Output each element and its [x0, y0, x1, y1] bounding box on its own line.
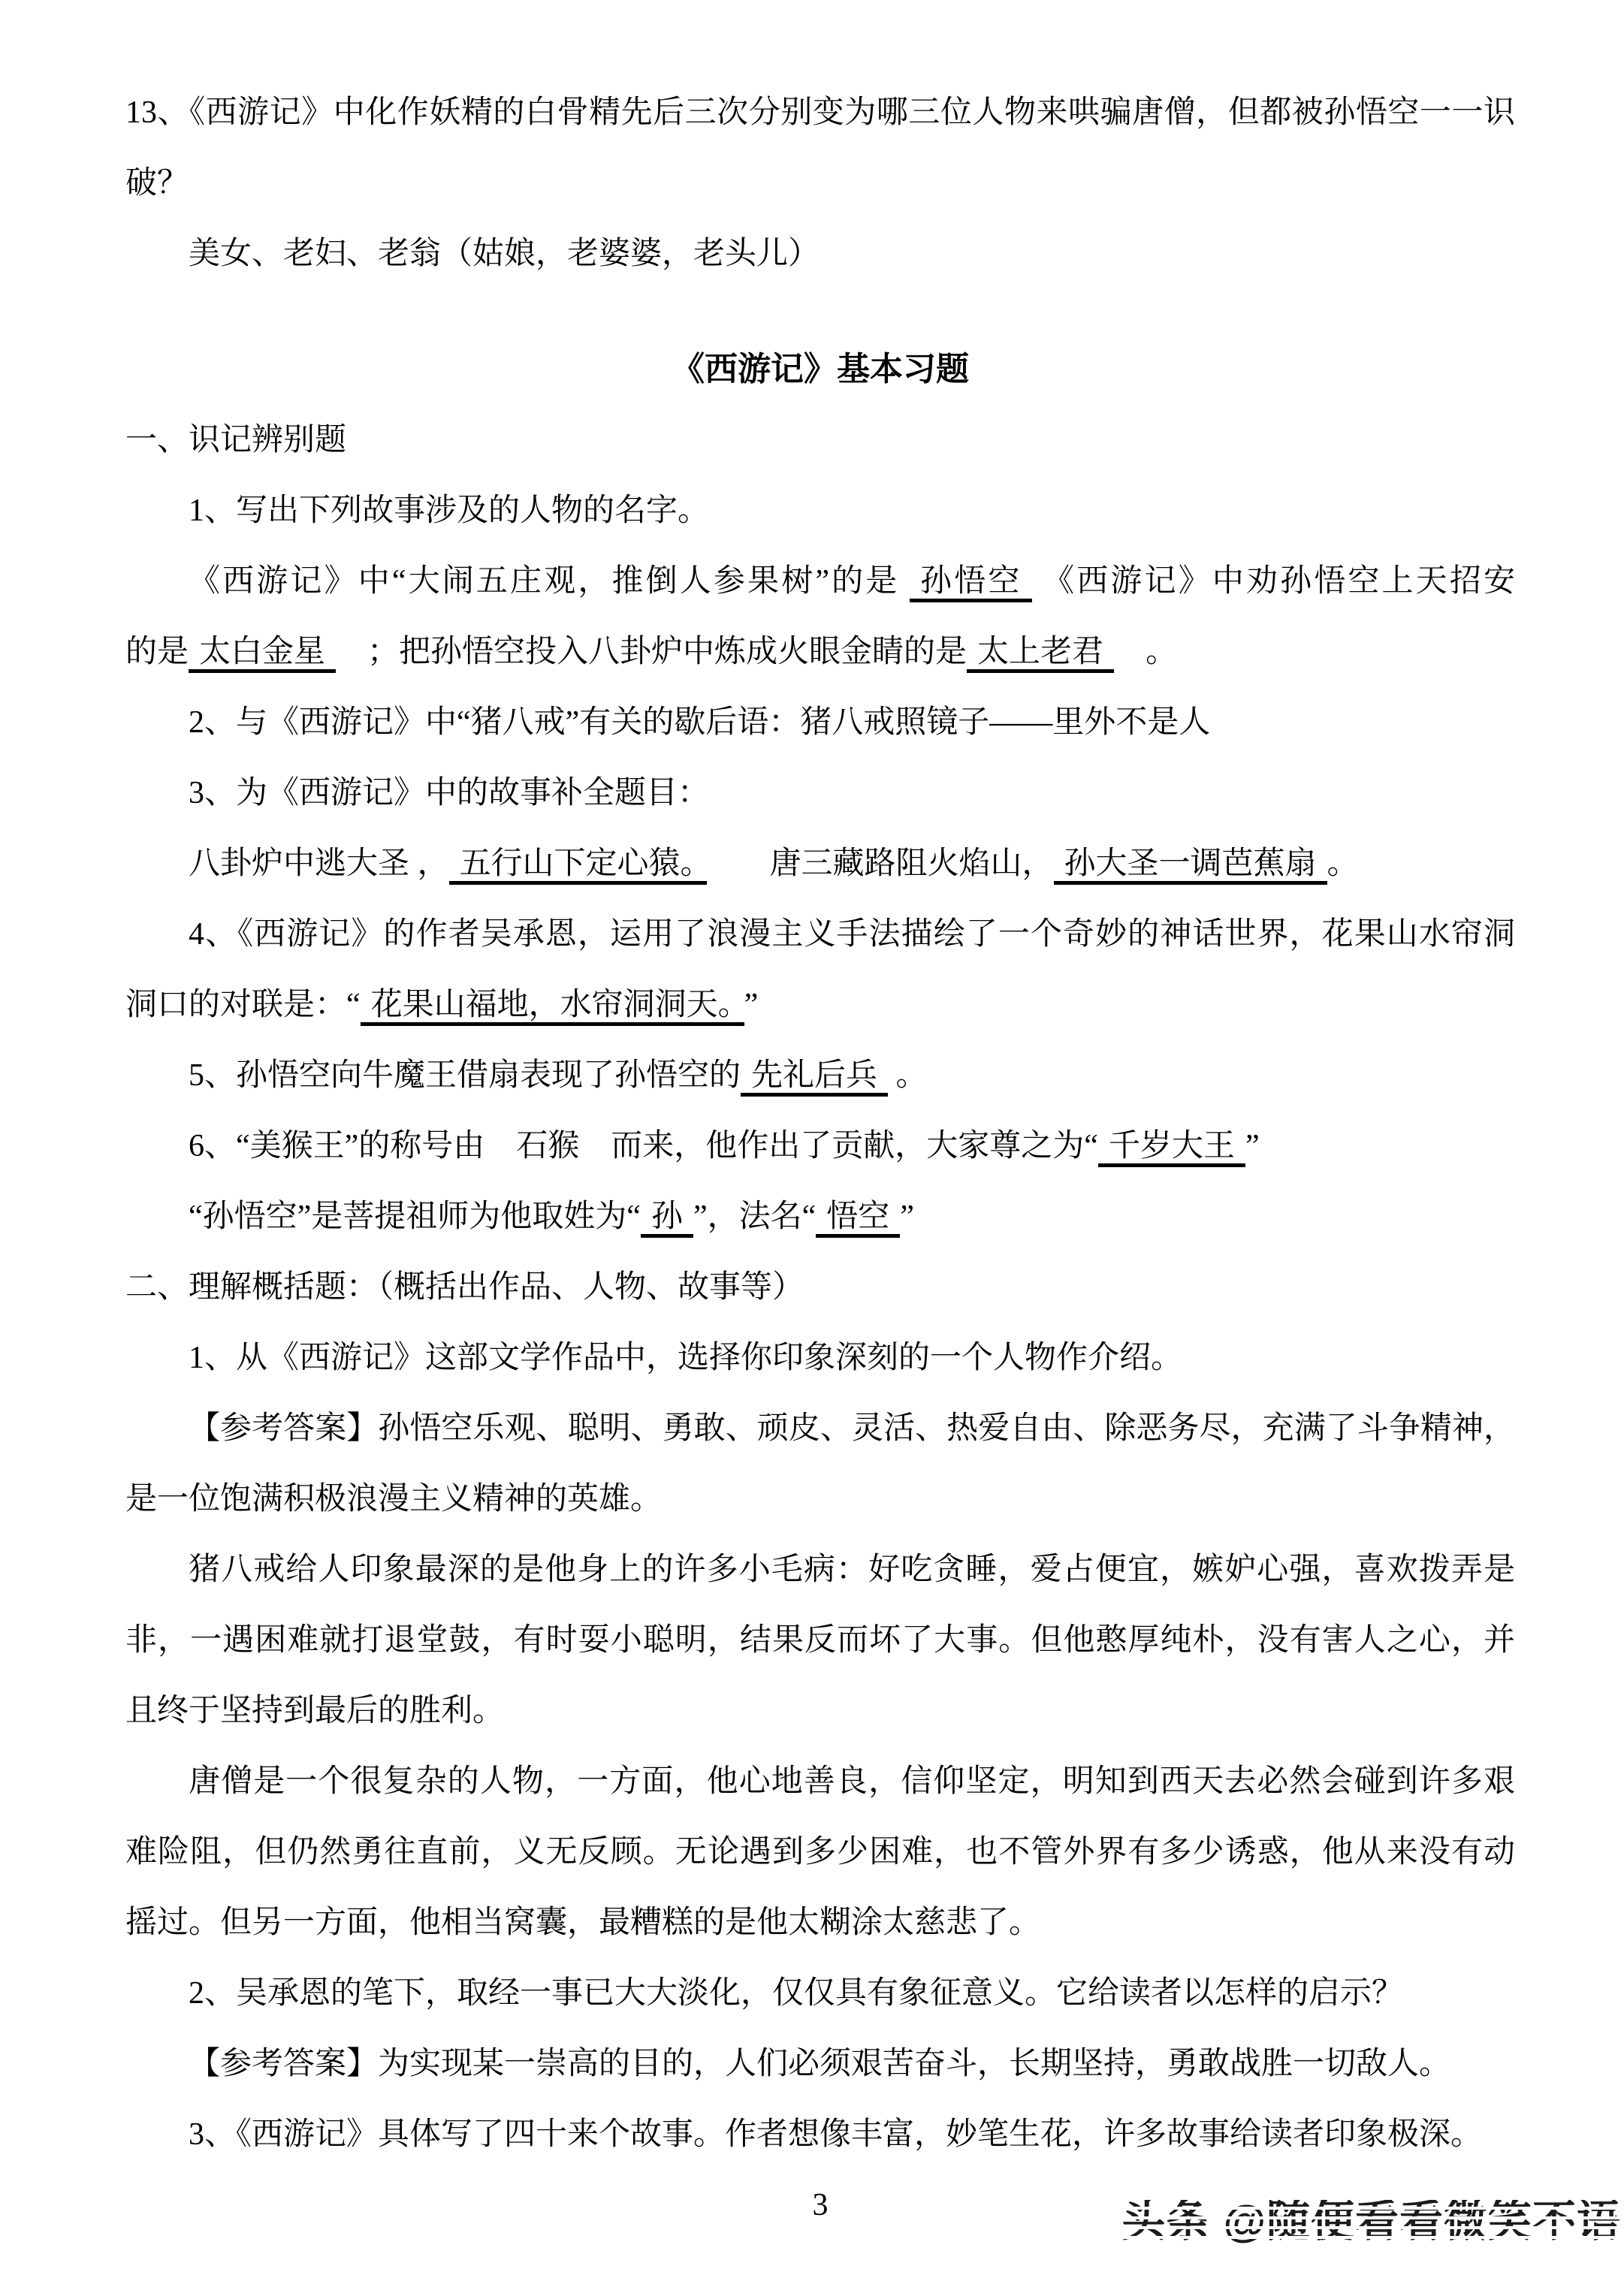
answer-blank-underline: 太上老君: [967, 635, 1114, 673]
text-segment: 4、《西游记》的作者吴承恩，运用了浪漫主义手法描绘了一个奇妙的神话世界，花果山水…: [189, 917, 1515, 952]
text-segment: 唐僧是一个很复杂的人物，一方面，他心地善良，信仰坚定，明知到西天去必然会碰到许多…: [189, 1764, 1515, 1799]
document-page: 13、《西游记》中化作妖精的白骨精先后三次分别变为哪三位人物来哄骗唐僧，但都被孙…: [0, 0, 1624, 2272]
answer-blank-underline: 孙悟空: [910, 564, 1032, 602]
text-segment: 破？: [125, 166, 189, 201]
part2-q2: 2、吴承恩的笔下，取经一事已大大淡化，仅仅具有象征意义。它给读者以怎样的启示？: [125, 1958, 1515, 2029]
q13-line-2: 破？: [125, 148, 1515, 219]
text-segment: 【参考答案】为实现某一崇高的目的，人们必须艰苦奋斗，长期坚持，勇敢战胜一切敌人。: [189, 2047, 1450, 2081]
part1-q3: 3、为《西游记》中的故事补全题目：: [125, 758, 1515, 828]
text-segment: ；把孙悟空投入八卦炉中炼成火眼金睛的是: [336, 635, 967, 669]
part2-q3: 3、《西游记》具体写了四十来个故事。作者想像丰富，妙笔生花，许多故事给读者印象极…: [125, 2099, 1515, 2170]
text-segment: ”: [900, 1199, 914, 1234]
part2-q1-answer-line-5: 且终于坚持到最后的胜利。: [125, 1676, 1515, 1746]
text-segment: ”: [744, 988, 759, 1022]
part2-q1-answer-line-6: 唐僧是一个很复杂的人物，一方面，他心地善良，信仰坚定，明知到西天去必然会碰到许多…: [125, 1746, 1515, 1817]
answer-blank-underline: 先礼后兵: [741, 1058, 888, 1097]
answer-blank-underline: 五行山下定心猿。: [449, 846, 707, 885]
text-segment: 3、为《西游记》中的故事补全题目：: [189, 776, 709, 810]
text-segment: 5、孙悟空向牛魔王借扇表现了孙悟空的: [189, 1058, 741, 1093]
page-number-value: 3: [813, 2188, 829, 2222]
part1-q1: 1、写出下列故事涉及的人物的名字。: [125, 475, 1515, 546]
text-segment: 《西游记》中劝孙悟空上天招安: [1032, 564, 1515, 599]
part-1-heading: 一、识记辨别题: [125, 405, 1515, 475]
text-segment: 。: [888, 1058, 928, 1093]
text-segment: 《西游记》中“大闹五庄观，推倒人参果树”的是: [189, 564, 910, 599]
text-segment: 是一位饱满积极浪漫主义精神的英雄。: [125, 1482, 662, 1516]
part2-q1-answer-line-8: 摇过。但另一方面，他相当窝囊，最糟糕的是他太糊涂太慈悲了。: [125, 1887, 1515, 1958]
text-segment: 2、与《西游记》中“猪八戒”有关的歇后语：猪八戒照镜子——里外不是人: [189, 705, 1210, 740]
part1-q5: 5、孙悟空向牛魔王借扇表现了孙悟空的先礼后兵 。: [125, 1040, 1515, 1111]
answer-blank-underline: 千岁大王: [1098, 1129, 1245, 1167]
part2-q1-answer-line-4: 非，一遇困难就打退堂鼓，有时耍小聪明，结果反而坏了大事。但他憨厚纯朴，没有害人之…: [125, 1605, 1515, 1676]
text-segment: 八卦炉中逃大圣 ，: [189, 846, 449, 881]
text-segment: 唐三藏路阻火焰山，: [707, 846, 1054, 881]
text-segment: 猪八戒给人印象最深的是他身上的许多小毛病：好吃贪睡，爱占便宜，嫉妒心强，喜欢拨弄…: [189, 1552, 1515, 1587]
text-segment: 6、“美猴王”的称号由 石猴 而来，他作出了贡献，大家尊之为“: [189, 1129, 1098, 1163]
text-segment: 【参考答案】孙悟空乐观、聪明、勇敢、顽皮、灵活、热爱自由、除恶务尽，充满了斗争精…: [189, 1411, 1515, 1446]
text-segment: ”，法名“: [693, 1199, 816, 1234]
text-segment: 一、识记辨别题: [125, 423, 346, 457]
text-segment: 2、吴承恩的笔下，取经一事已大大淡化，仅仅具有象征意义。它给读者以怎样的启示？: [189, 1976, 1403, 2011]
part1-q3-answer: 八卦炉中逃大圣 ，五行山下定心猿。 唐三藏路阻火焰山，孙大圣一调芭蕉扇。: [125, 828, 1515, 899]
answer-blank-underline: 悟空: [816, 1199, 900, 1238]
watermark: 头条 @随便看看微笑不语: [1121, 2190, 1621, 2253]
section-title: 《西游记》基本习题: [125, 334, 1515, 405]
text-segment: 非，一遇困难就打退堂鼓，有时耍小聪明，结果反而坏了大事。但他憨厚纯朴，没有害人之…: [125, 1623, 1515, 1658]
part2-q1-answer-line-3: 猪八戒给人印象最深的是他身上的许多小毛病：好吃贪睡，爱占便宜，嫉妒心强，喜欢拨弄…: [125, 1534, 1515, 1605]
answer-blank-underline: 花果山福地，水帘洞洞天。: [361, 988, 744, 1026]
part1-q4-line-1: 4、《西游记》的作者吴承恩，运用了浪漫主义手法描绘了一个奇妙的神话世界，花果山水…: [125, 899, 1515, 970]
part2-q1-answer-line-2: 是一位饱满积极浪漫主义精神的英雄。: [125, 1464, 1515, 1534]
text-segment: 难险阻，但仍然勇往直前，义无反顾。无论遇到多少困难，也不管外界有多少诱惑，他从来…: [125, 1835, 1515, 1869]
text-segment: 3、《西游记》具体写了四十来个故事。作者想像丰富，妙笔生花，许多故事给读者印象极…: [189, 2117, 1482, 2152]
watermark-text: 头条 @随便看看微笑不语: [1121, 2197, 1621, 2246]
text-segment: 。: [1327, 846, 1359, 881]
text-segment: 的是: [125, 635, 189, 669]
part1-q1-line-1: 《西游记》中“大闹五庄观，推倒人参果树”的是 孙悟空 《西游记》中劝孙悟空上天招…: [125, 546, 1515, 617]
part1-q4-line-2: 洞口的对联是：“花果山福地，水帘洞洞天。”: [125, 970, 1515, 1040]
part2-q1-answer-line-7: 难险阻，但仍然勇往直前，义无反顾。无论遇到多少困难，也不管外界有多少诱惑，他从来…: [125, 1817, 1515, 1887]
text-segment: 摇过。但另一方面，他相当窝囊，最糟糕的是他太糊涂太慈悲了。: [125, 1905, 1040, 1940]
text-segment: 洞口的对联是：“: [125, 988, 361, 1022]
part2-q2-answer: 【参考答案】为实现某一崇高的目的，人们必须艰苦奋斗，长期坚持，勇敢战胜一切敌人。: [125, 2029, 1515, 2099]
answer-blank-underline: 太白金星: [189, 635, 336, 673]
text-segment: 13、《西游记》中化作妖精的白骨精先后三次分别变为哪三位人物来哄骗唐僧，但都被孙…: [125, 95, 1515, 130]
part2-q1: 1、从《西游记》这部文学作品中，选择你印象深刻的一个人物作介绍。: [125, 1323, 1515, 1393]
part2-q1-answer-line-1: 【参考答案】孙悟空乐观、聪明、勇敢、顽皮、灵活、热爱自由、除恶务尽，充满了斗争精…: [125, 1393, 1515, 1464]
part1-q2: 2、与《西游记》中“猪八戒”有关的歇后语：猪八戒照镜子——里外不是人: [125, 687, 1515, 758]
text-segment: 且终于坚持到最后的胜利。: [125, 1694, 504, 1728]
part1-q6-line-2: “孙悟空”是菩提祖师为他取姓为“孙”，法名“悟空”: [125, 1181, 1515, 1252]
part-2-heading: 二、理解概括题：（概括出作品、人物、故事等）: [125, 1252, 1515, 1323]
text-segment: 美女、老妇、老翁（姑娘，老婆婆，老头儿）: [189, 237, 820, 271]
text-segment: 二、理解概括题：（概括出作品、人物、故事等）: [125, 1270, 804, 1305]
text-segment: 《西游记》基本习题: [672, 351, 969, 388]
part1-q1-line-2: 的是太白金星 ；把孙悟空投入八卦炉中炼成火眼金睛的是太上老君 。: [125, 617, 1515, 687]
answer-blank-underline: 孙大圣一调芭蕉扇: [1054, 846, 1327, 885]
answer-blank-underline: 孙: [641, 1199, 693, 1238]
q13-answer: 美女、老妇、老翁（姑娘，老婆婆，老头儿）: [125, 219, 1515, 289]
document-body: 13、《西游记》中化作妖精的白骨精先后三次分别变为哪三位人物来哄骗唐僧，但都被孙…: [125, 77, 1515, 2170]
text-segment: 。: [1114, 635, 1177, 669]
text-segment: 1、从《西游记》这部文学作品中，选择你印象深刻的一个人物作介绍。: [189, 1341, 1182, 1375]
text-segment: ”: [1245, 1129, 1260, 1163]
text-segment: “孙悟空”是菩提祖师为他取姓为“: [189, 1199, 641, 1234]
q13-line-1: 13、《西游记》中化作妖精的白骨精先后三次分别变为哪三位人物来哄骗唐僧，但都被孙…: [125, 77, 1515, 148]
text-segment: 1、写出下列故事涉及的人物的名字。: [189, 493, 709, 528]
part1-q6-line-1: 6、“美猴王”的称号由 石猴 而来，他作出了贡献，大家尊之为“千岁大王”: [125, 1111, 1515, 1181]
